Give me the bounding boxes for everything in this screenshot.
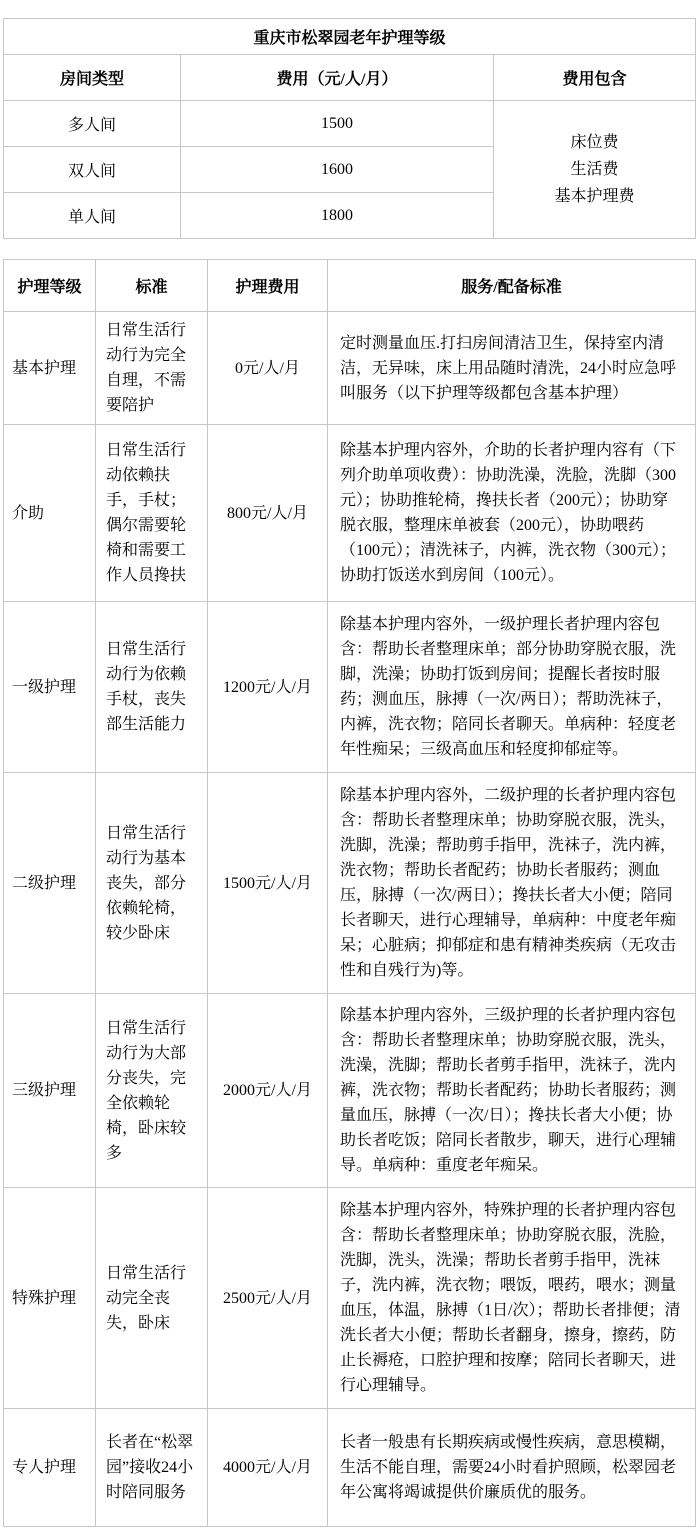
care-fee-header: 护理费用 (208, 260, 328, 312)
standard-cell: 日常生活行动行为基本丧失，部分依赖轮椅，较少卧床 (96, 773, 208, 994)
care-fee-cell: 800元/人/月 (208, 425, 328, 602)
care-level-table: 护理等级 标准 护理费用 服务/配备标准 基本护理 日常生活行动行为完全自理，不… (3, 259, 696, 1527)
fee-includes-cell: 床位费 生活费 基本护理费 (494, 101, 696, 239)
care-level-cell: 三级护理 (4, 994, 96, 1188)
care-level-cell: 二级护理 (4, 773, 96, 994)
table-row: 多人间 1500 床位费 生活费 基本护理费 (4, 101, 696, 147)
page-title: 重庆市松翠园老年护理等级 (4, 19, 696, 55)
care-level-cell: 一级护理 (4, 602, 96, 773)
table-row: 介助 日常生活行动依赖扶手，手杖；偶尔需要轮椅和需要工作人员搀扶 800元/人/… (4, 425, 696, 602)
service-header: 服务/配备标准 (328, 260, 696, 312)
table-row: 三级护理 日常生活行动行为大部分丧失，完全依赖轮椅，卧床较多 2000元/人/月… (4, 994, 696, 1188)
standard-cell: 日常生活行动完全丧失，卧床 (96, 1188, 208, 1409)
service-cell: 除基本护理内容外，一级护理长者护理内容包含：帮助长者整理床单；部分协助穿脱衣服，… (328, 602, 696, 773)
care-fee-cell: 1500元/人/月 (208, 773, 328, 994)
room-fee-header-row: 房间类型 费用（元/人/月） 费用包含 (4, 55, 696, 101)
service-cell: 定时测量血压.打扫房间清洁卫生，保持室内清洁，无异味，床上用品随时清洗，24小时… (328, 312, 696, 425)
care-level-header-row: 护理等级 标准 护理费用 服务/配备标准 (4, 260, 696, 312)
service-cell: 除基本护理内容外，三级护理的长者护理内容包含：帮助长者整理床单；协助穿脱衣服，洗… (328, 994, 696, 1188)
service-cell: 除基本护理内容外，二级护理的长者护理内容包含：帮助长者整理床单；协助穿脱衣服，洗… (328, 773, 696, 994)
standard-cell: 日常生活行动行为依赖手杖，丧失部生活能力 (96, 602, 208, 773)
room-type-cell: 多人间 (4, 101, 181, 147)
care-fee-cell: 0元/人/月 (208, 312, 328, 425)
room-type-cell: 单人间 (4, 193, 181, 239)
care-fee-cell: 2500元/人/月 (208, 1188, 328, 1409)
table-row: 一级护理 日常生活行动行为依赖手杖，丧失部生活能力 1200元/人/月 除基本护… (4, 602, 696, 773)
room-fee-table: 重庆市松翠园老年护理等级 房间类型 费用（元/人/月） 费用包含 多人间 150… (3, 18, 696, 239)
table-row: 特殊护理 日常生活行动完全丧失，卧床 2500元/人/月 除基本护理内容外，特殊… (4, 1188, 696, 1409)
standard-cell: 日常生活行动行为完全自理，不需要陪护 (96, 312, 208, 425)
room-type-header: 房间类型 (4, 55, 181, 101)
care-fee-cell: 1200元/人/月 (208, 602, 328, 773)
table-row: 基本护理 日常生活行动行为完全自理，不需要陪护 0元/人/月 定时测量血压.打扫… (4, 312, 696, 425)
care-level-header: 护理等级 (4, 260, 96, 312)
fee-cell: 1800 (181, 193, 494, 239)
room-type-cell: 双人间 (4, 147, 181, 193)
fee-includes-header: 费用包含 (494, 55, 696, 101)
care-level-cell: 专人护理 (4, 1409, 96, 1527)
care-level-cell: 介助 (4, 425, 96, 602)
care-fee-cell: 4000元/人/月 (208, 1409, 328, 1527)
fee-cell: 1600 (181, 147, 494, 193)
fee-header: 费用（元/人/月） (181, 55, 494, 101)
care-fee-cell: 2000元/人/月 (208, 994, 328, 1188)
care-level-cell: 基本护理 (4, 312, 96, 425)
table-title-row: 重庆市松翠园老年护理等级 (4, 19, 696, 55)
table-row: 专人护理 长者在“松翠园”接收24小时陪同服务 4000元/人/月 长者一般患有… (4, 1409, 696, 1527)
table-row: 二级护理 日常生活行动行为基本丧失，部分依赖轮椅，较少卧床 1500元/人/月 … (4, 773, 696, 994)
standard-header: 标准 (96, 260, 208, 312)
service-cell: 长者一般患有长期疾病或慢性疾病，意思模糊，生活不能自理，需要24小时看护照顾，松… (328, 1409, 696, 1527)
standard-cell: 日常生活行动依赖扶手，手杖；偶尔需要轮椅和需要工作人员搀扶 (96, 425, 208, 602)
standard-cell: 日常生活行动行为大部分丧失，完全依赖轮椅，卧床较多 (96, 994, 208, 1188)
standard-cell: 长者在“松翠园”接收24小时陪同服务 (96, 1409, 208, 1527)
service-cell: 除基本护理内容外，介助的长者护理内容有（下列介助单项收费）：协助洗澡，洗脸，洗脚… (328, 425, 696, 602)
fee-cell: 1500 (181, 101, 494, 147)
care-level-cell: 特殊护理 (4, 1188, 96, 1409)
service-cell: 除基本护理内容外，特殊护理的长者护理内容包含：帮助长者整理床单；协助穿脱衣服，洗… (328, 1188, 696, 1409)
